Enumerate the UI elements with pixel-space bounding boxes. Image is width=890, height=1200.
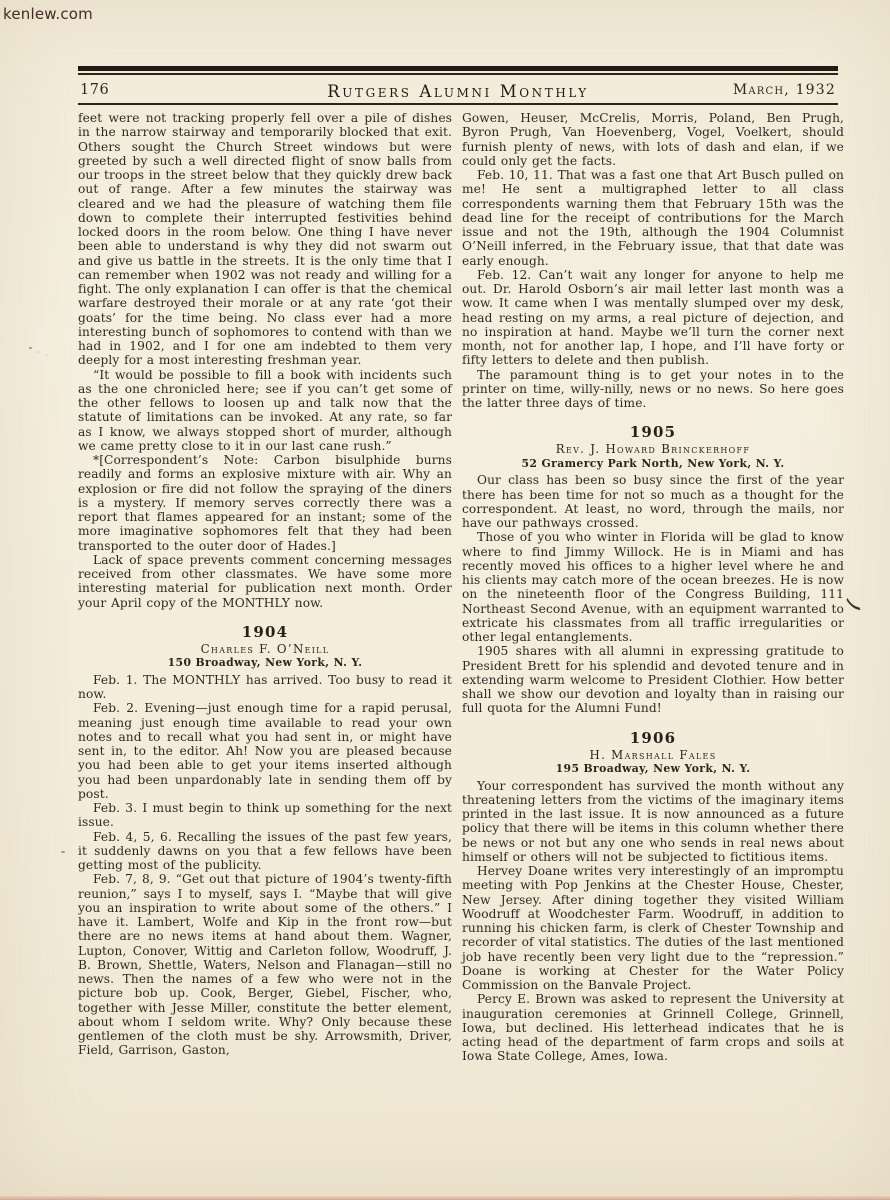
- paragraph: Hervey Doane writes very interestingly o…: [462, 864, 844, 992]
- masthead-row: 176 Rutgers Alumni Monthly March, 1932: [78, 75, 838, 103]
- scan-edge-tint: [0, 1196, 890, 1200]
- watermark-text: kenlew.com: [3, 5, 93, 23]
- issue-date: March, 1932: [733, 82, 836, 98]
- paragraph: “It would be possible to fill a book wit…: [78, 368, 452, 454]
- correspondent-name: H. Marshall Fales: [462, 749, 844, 763]
- paragraph: Lack of space prevents comment concernin…: [78, 553, 452, 610]
- class-year-heading: 1905: [462, 423, 844, 441]
- correspondent-name: Rev. J. Howard Brinckerhoff: [462, 443, 844, 457]
- paragraph: Our class has been so busy since the fir…: [462, 473, 844, 530]
- dust-speck: [29, 347, 32, 349]
- paragraph: 1905 shares with all alumni in expressin…: [462, 644, 844, 715]
- dust-speck: [61, 851, 65, 853]
- page-number: 176: [80, 82, 109, 98]
- journal-title: Rutgers Alumni Monthly: [327, 82, 589, 101]
- paragraph: Feb. 3. I must begin to think up somethi…: [78, 801, 452, 830]
- paragraph: feet were not tracking properly fell ove…: [78, 111, 452, 368]
- paragraph: Feb. 4, 5, 6. Recalling the issues of th…: [78, 830, 452, 873]
- paragraph: Your correspondent has survived the mont…: [462, 779, 844, 865]
- paragraph: The paramount thing is to get your notes…: [462, 368, 844, 411]
- two-column-body: feet were not tracking properly fell ove…: [78, 111, 844, 1064]
- magazine-page-scan: kenlew.com 176 Rutgers Alumni Monthly Ma…: [0, 0, 890, 1200]
- header-rule-thin-bottom: [78, 103, 838, 105]
- correspondent-address: 52 Gramercy Park North, New York, N. Y.: [462, 457, 844, 471]
- paragraph: Feb. 12. Can’t wait any longer for anyon…: [462, 268, 844, 368]
- paragraph: *[Correspondent’s Note: Carbon bisulphid…: [78, 453, 452, 553]
- right-column: Gowen, Heuser, McCrelis, Morris, Poland,…: [462, 111, 844, 1064]
- page-header: 176 Rutgers Alumni Monthly March, 1932: [78, 66, 838, 105]
- correspondent-address: 150 Broadway, New York, N. Y.: [78, 656, 452, 670]
- paragraph: Gowen, Heuser, McCrelis, Morris, Poland,…: [462, 111, 844, 168]
- class-year-heading: 1906: [462, 729, 844, 747]
- correspondent-name: Charles F. O’Neill: [78, 643, 452, 657]
- ink-smudge-mark: [846, 597, 863, 614]
- paragraph: Those of you who winter in Florida will …: [462, 530, 844, 644]
- correspondent-address: 195 Broadway, New York, N. Y.: [462, 762, 844, 776]
- class-year-heading: 1904: [78, 623, 452, 641]
- paragraph: Percy E. Brown was asked to represent th…: [462, 992, 844, 1063]
- paragraph: Feb. 2. Evening—just enough time for a r…: [78, 701, 452, 801]
- paragraph: Feb. 10, 11. That was a fast one that Ar…: [462, 168, 844, 268]
- paragraph: Feb. 1. The MONTHLY has arrived. Too bus…: [78, 673, 452, 702]
- left-column: feet were not tracking properly fell ove…: [78, 111, 452, 1064]
- header-rule-thick: [78, 66, 838, 71]
- paragraph: Feb. 7, 8, 9. “Get out that picture of 1…: [78, 872, 452, 1057]
